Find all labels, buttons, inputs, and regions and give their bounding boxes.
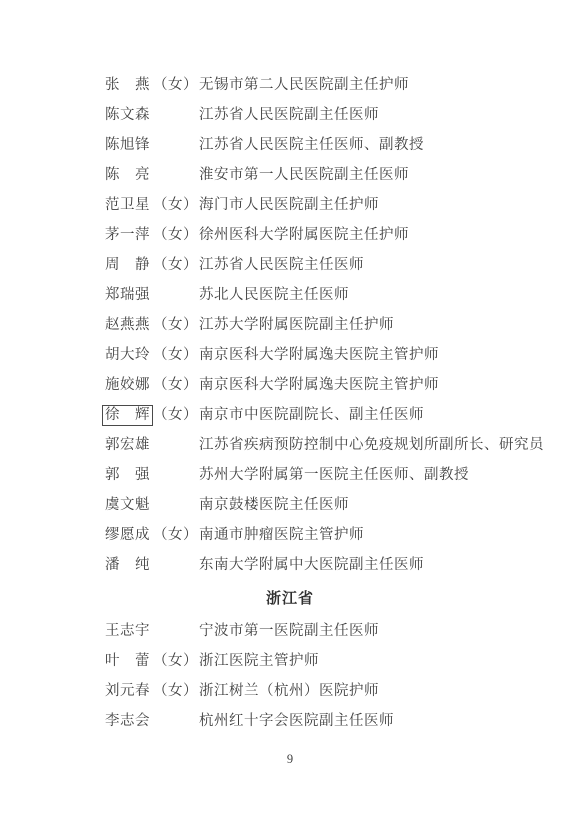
person-row: 郭宏雄江苏省疾病预防控制中心免疫规划所副所长、研究员 [0, 430, 580, 460]
person-name: 周 静 [105, 256, 150, 275]
gender-marker: （女） [153, 400, 199, 430]
gender-marker: （女） [153, 370, 199, 400]
person-row: 潘 纯东南大学附属中大医院副主任医师 [0, 550, 580, 580]
person-row: 赵燕燕（女）江苏大学附属医院副主任护师 [0, 310, 580, 340]
affiliation-title: 江苏省人民医院副主任医师 [199, 100, 580, 130]
person-name-cell: 陈 亮 [105, 160, 153, 190]
person-row: 刘元春（女）浙江树兰（杭州）医院护师 [0, 676, 580, 706]
person-name: 陈文森 [105, 106, 150, 125]
person-name: 张 燕 [105, 76, 150, 95]
affiliation-title: 浙江树兰（杭州）医院护师 [199, 676, 580, 706]
affiliation-title: 南京市中医院副院长、副主任医师 [199, 400, 580, 430]
person-name: 胡大玲 [105, 346, 150, 365]
name-list: 张 燕（女）无锡市第二人民医院副主任护师陈文森江苏省人民医院副主任医师陈旭锋江苏… [0, 70, 580, 736]
affiliation-title: 徐州医科大学附属医院主任护师 [199, 220, 580, 250]
gender-marker: （女） [153, 250, 199, 280]
gender-marker: （女） [153, 310, 199, 340]
person-name-cell: 施姣娜 [105, 370, 153, 400]
person-row: 徐 辉（女）南京市中医院副院长、副主任医师 [0, 400, 580, 430]
person-name-cell: 周 静 [105, 250, 153, 280]
person-row: 郑瑞强苏北人民医院主任医师 [0, 280, 580, 310]
person-name: 陈旭锋 [105, 136, 150, 155]
gender-marker: （女） [153, 520, 199, 550]
affiliation-title: 海门市人民医院副主任护师 [199, 190, 580, 220]
affiliation-title: 南京医科大学附属逸夫医院主管护师 [199, 370, 580, 400]
person-name-cell: 徐 辉 [105, 400, 153, 430]
person-name: 潘 纯 [105, 556, 150, 575]
person-row: 陈 亮淮安市第一人民医院副主任医师 [0, 160, 580, 190]
document-page: 张 燕（女）无锡市第二人民医院副主任护师陈文森江苏省人民医院副主任医师陈旭锋江苏… [0, 0, 580, 820]
person-name-cell: 郭 强 [105, 460, 153, 490]
person-row: 范卫星（女）海门市人民医院副主任护师 [0, 190, 580, 220]
affiliation-title: 无锡市第二人民医院副主任护师 [199, 70, 580, 100]
gender-marker: （女） [153, 340, 199, 370]
person-row: 李志会杭州红十字会医院副主任医师 [0, 706, 580, 736]
person-row: 张 燕（女）无锡市第二人民医院副主任护师 [0, 70, 580, 100]
affiliation-title: 江苏省人民医院主任医师、副教授 [199, 130, 580, 160]
person-name: 陈 亮 [105, 166, 150, 185]
gender-marker: （女） [153, 190, 199, 220]
person-name: 李志会 [105, 712, 150, 731]
person-name-cell: 虞文魁 [105, 490, 153, 520]
affiliation-title: 江苏大学附属医院副主任护师 [199, 310, 580, 340]
section-heading: 浙江省 [0, 584, 580, 614]
person-name-cell: 陈文森 [105, 100, 153, 130]
person-name: 茅一萍 [105, 226, 150, 245]
person-row: 陈旭锋江苏省人民医院主任医师、副教授 [0, 130, 580, 160]
person-name: 缪愿成 [105, 526, 150, 545]
person-row: 王志宇宁波市第一医院副主任医师 [0, 616, 580, 646]
person-name-cell: 郭宏雄 [105, 430, 153, 460]
person-name-cell: 缪愿成 [105, 520, 153, 550]
person-name-cell: 茅一萍 [105, 220, 153, 250]
person-name: 刘元春 [105, 682, 150, 701]
page-number: 9 [0, 752, 580, 767]
person-row: 周 静（女）江苏省人民医院主任医师 [0, 250, 580, 280]
person-name: 郑瑞强 [105, 286, 150, 305]
person-name-boxed: 徐 辉 [102, 405, 153, 426]
affiliation-title: 南京医科大学附属逸夫医院主管护师 [199, 340, 580, 370]
person-name: 虞文魁 [105, 496, 150, 515]
person-name-cell: 范卫星 [105, 190, 153, 220]
person-row: 茅一萍（女）徐州医科大学附属医院主任护师 [0, 220, 580, 250]
person-name: 王志宇 [105, 622, 150, 641]
affiliation-title: 东南大学附属中大医院副主任医师 [199, 550, 580, 580]
person-name-cell: 叶 蕾 [105, 646, 153, 676]
affiliation-title: 宁波市第一医院副主任医师 [199, 616, 580, 646]
person-name-cell: 张 燕 [105, 70, 153, 100]
affiliation-title: 杭州红十字会医院副主任医师 [199, 706, 580, 736]
person-name-cell: 郑瑞强 [105, 280, 153, 310]
person-name: 郭 强 [105, 466, 150, 485]
person-name: 施姣娜 [105, 376, 150, 395]
person-row: 缪愿成（女）南通市肿瘤医院主管护师 [0, 520, 580, 550]
affiliation-title: 苏北人民医院主任医师 [199, 280, 580, 310]
person-name-cell: 潘 纯 [105, 550, 153, 580]
person-name-cell: 李志会 [105, 706, 153, 736]
affiliation-title: 南通市肿瘤医院主管护师 [199, 520, 580, 550]
affiliation-title: 淮安市第一人民医院副主任医师 [199, 160, 580, 190]
person-name: 叶 蕾 [105, 652, 150, 671]
person-name: 赵燕燕 [105, 316, 150, 335]
affiliation-title: 南京鼓楼医院主任医师 [199, 490, 580, 520]
person-row: 叶 蕾（女）浙江医院主管护师 [0, 646, 580, 676]
person-name: 郭宏雄 [105, 436, 150, 455]
person-row: 虞文魁南京鼓楼医院主任医师 [0, 490, 580, 520]
person-name-cell: 陈旭锋 [105, 130, 153, 160]
person-row: 陈文森江苏省人民医院副主任医师 [0, 100, 580, 130]
affiliation-title: 江苏省人民医院主任医师 [199, 250, 580, 280]
person-row: 胡大玲（女）南京医科大学附属逸夫医院主管护师 [0, 340, 580, 370]
person-name-cell: 王志宇 [105, 616, 153, 646]
person-row: 郭 强苏州大学附属第一医院主任医师、副教授 [0, 460, 580, 490]
person-row: 施姣娜（女）南京医科大学附属逸夫医院主管护师 [0, 370, 580, 400]
affiliation-title: 苏州大学附属第一医院主任医师、副教授 [199, 460, 580, 490]
gender-marker: （女） [153, 646, 199, 676]
affiliation-title: 江苏省疾病预防控制中心免疫规划所副所长、研究员 [199, 430, 580, 460]
gender-marker: （女） [153, 70, 199, 100]
affiliation-title: 浙江医院主管护师 [199, 646, 580, 676]
gender-marker: （女） [153, 220, 199, 250]
person-name-cell: 胡大玲 [105, 340, 153, 370]
person-name-cell: 刘元春 [105, 676, 153, 706]
person-name: 范卫星 [105, 196, 150, 215]
gender-marker: （女） [153, 676, 199, 706]
person-name-cell: 赵燕燕 [105, 310, 153, 340]
